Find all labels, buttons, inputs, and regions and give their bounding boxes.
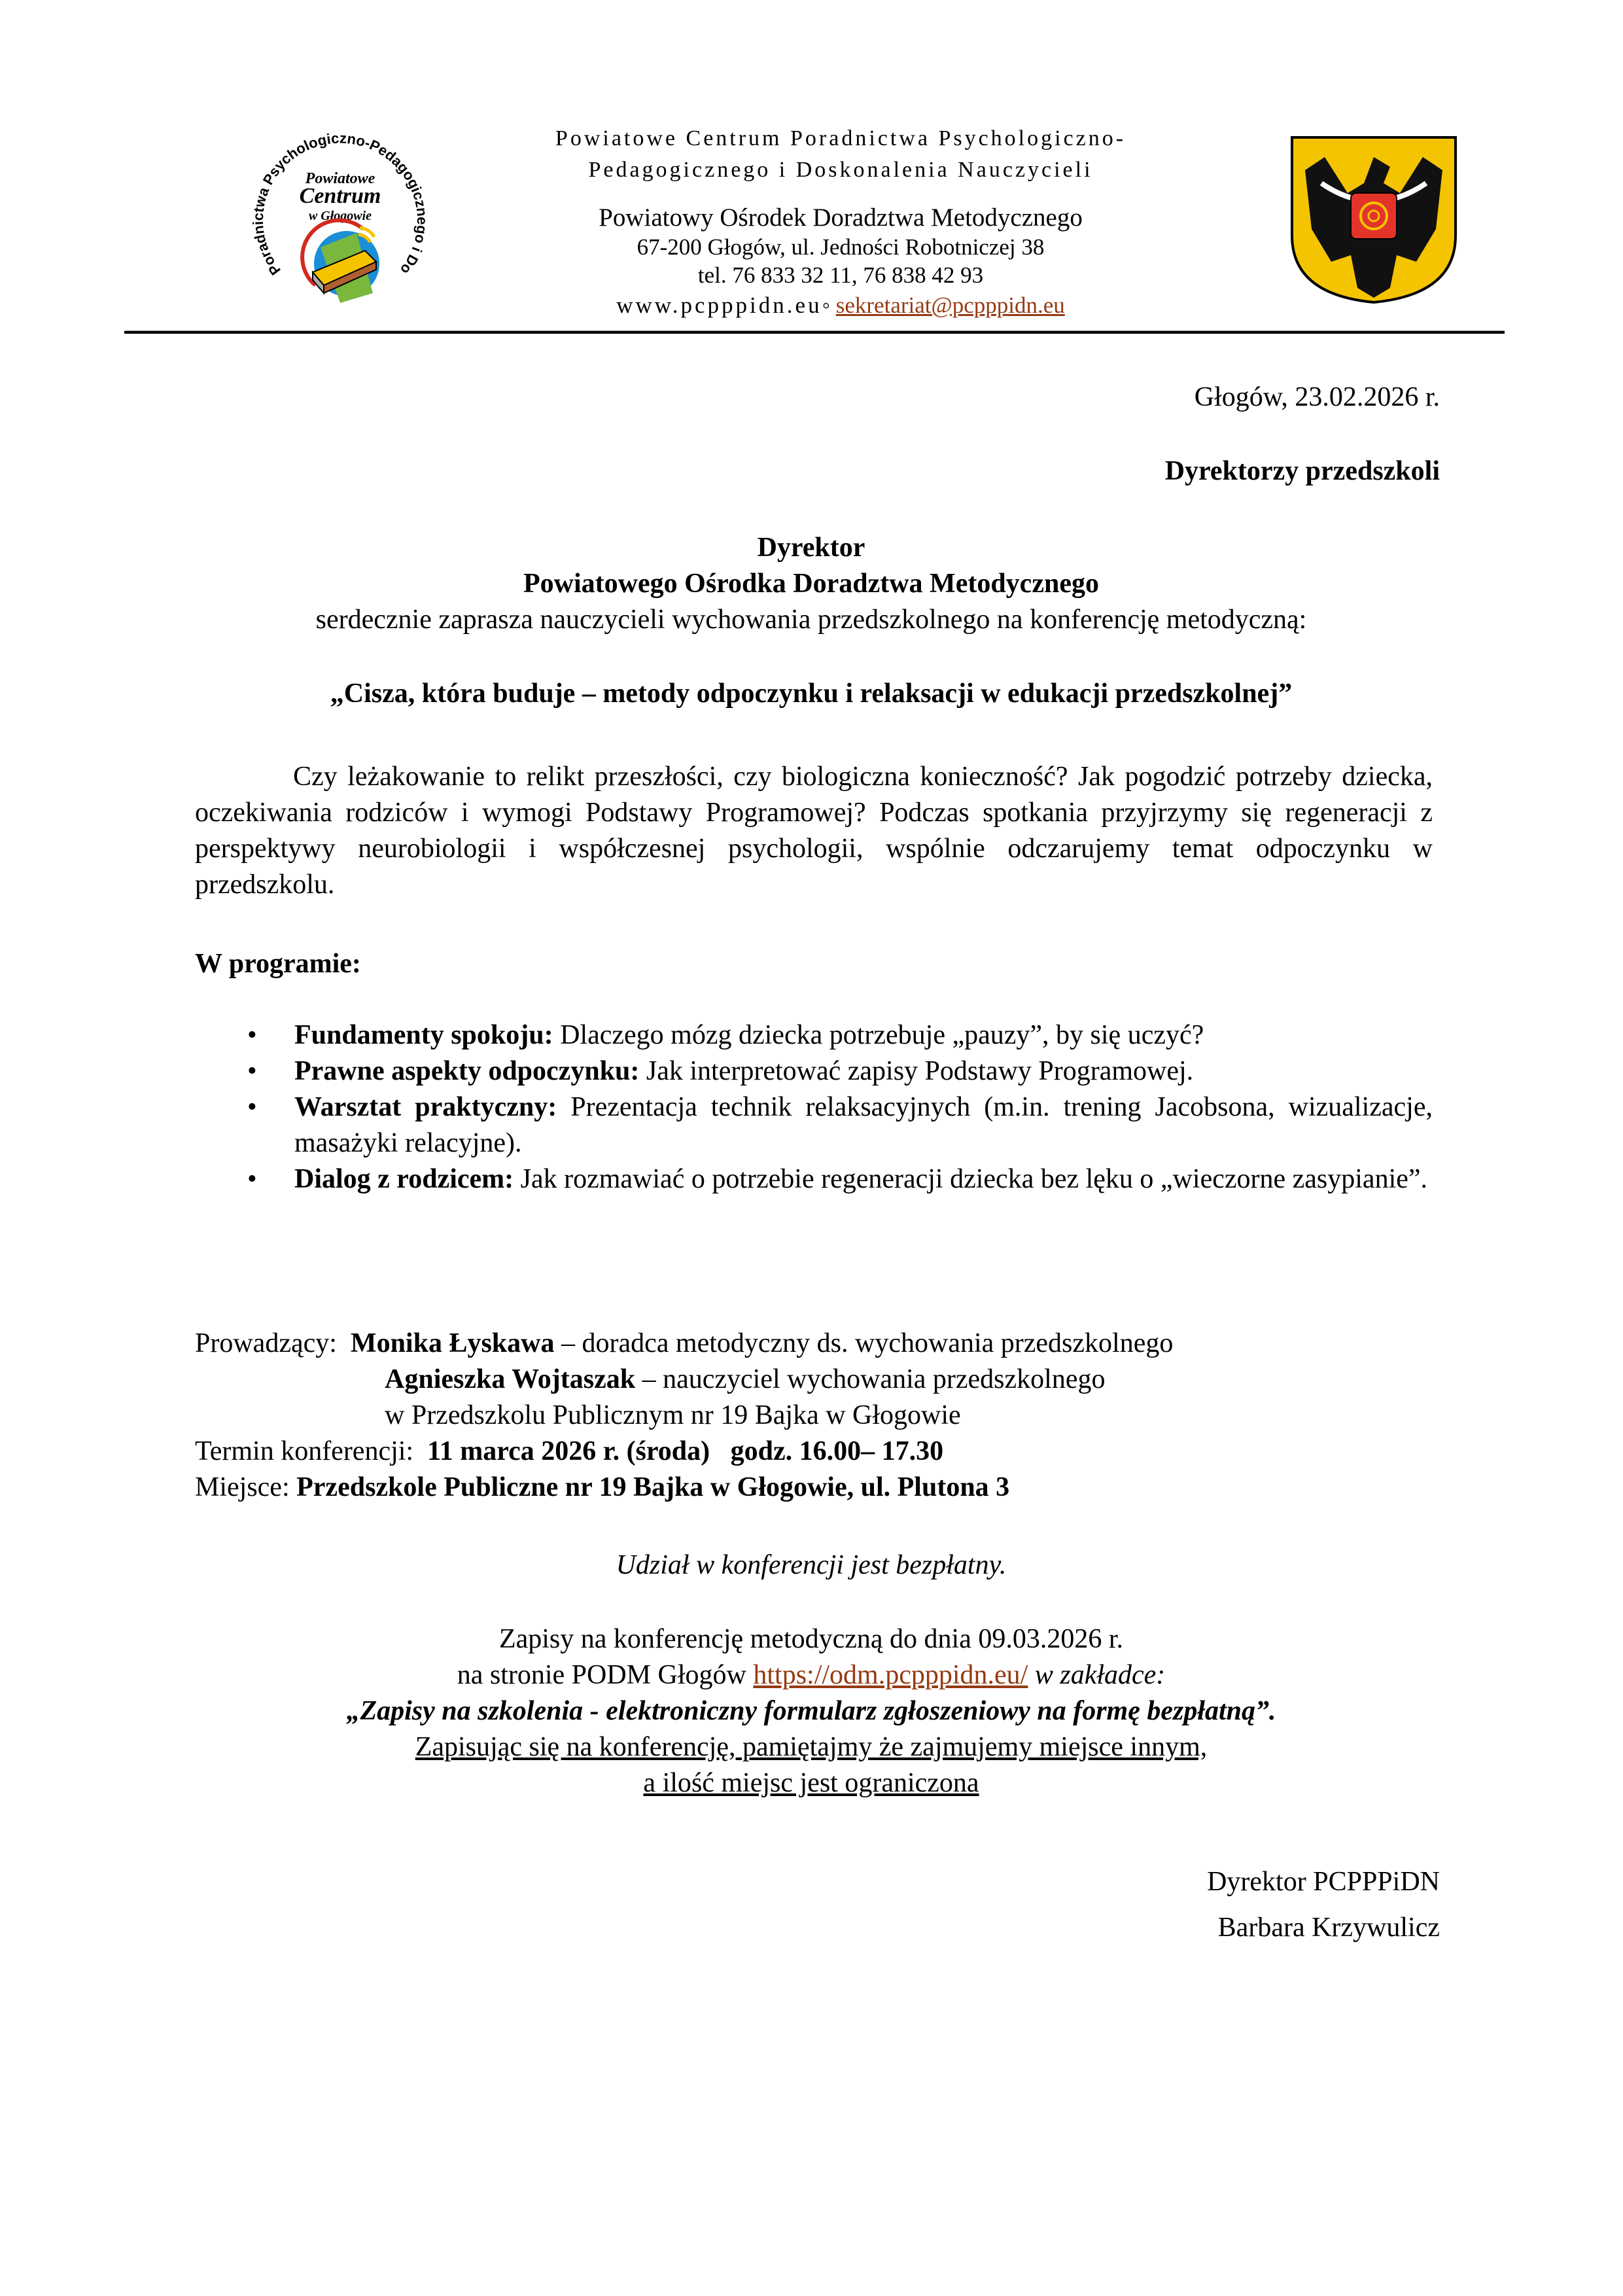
program-item-title: Dialog z rodzicem: (294, 1164, 514, 1194)
header-office-name: Powiatowy Ośrodek Doradztwa Metodycznego (497, 203, 1184, 233)
reminder-line-1: Zapisując się na konferencję, pamiętajmy… (190, 1731, 1433, 1763)
host-line-2: Agnieszka Wojtaszak – nauczyciel wychowa… (385, 1363, 1105, 1396)
header-divider (124, 330, 1505, 334)
program-item-title: Fundamenty spokoju: (294, 1020, 553, 1050)
host-name: Monika Łyskawa (351, 1328, 555, 1358)
invitation-text: serdecznie zaprasza nauczycieli wychowan… (190, 603, 1433, 636)
date-label: Termin konferencji: (195, 1436, 413, 1466)
header-address: 67-200 Głogów, ul. Jedności Robotniczej … (497, 234, 1184, 261)
eagle-crest-icon (1285, 131, 1462, 308)
signature-title: Dyrektor PCPPPiDN (1207, 1862, 1440, 1902)
recipient: Dyrektorzy przedszkoli (1165, 455, 1440, 487)
header-phone: tel. 76 833 32 11, 76 838 42 93 (497, 262, 1184, 289)
place-label: Miejsce: (195, 1472, 290, 1502)
signature-name: Barbara Krzywulicz (1218, 1907, 1440, 1948)
bullet-icon: • (247, 1053, 257, 1089)
sender-office: Powiatowego Ośrodka Doradztwa Metodyczne… (190, 567, 1433, 600)
program-item-text: Jak rozmawiać o potrzebie regeneracji dz… (514, 1164, 1427, 1194)
center-logo-icon: Poradnictwa Psychologiczno-Pedagogiczneg… (242, 116, 438, 313)
coat-of-arms (1285, 131, 1462, 308)
bullet-icon: • (247, 1161, 257, 1197)
signup-site-line: na stronie PODM Głogów https://odm.pcppp… (190, 1659, 1433, 1691)
program-item: •Dialog z rodzicem: Jak rozmawiać o potr… (195, 1161, 1433, 1197)
header-separator: ◦ (822, 292, 836, 318)
program-item: •Warsztat praktyczny: Prezentacja techni… (195, 1089, 1433, 1161)
conference-title: „Cisza, która buduje – metody odpoczynku… (190, 677, 1433, 710)
signup-prefix: na stronie PODM Głogów (457, 1660, 754, 1690)
header-email-link[interactable]: sekretariat@pcpppidn.eu (836, 292, 1065, 318)
intro-paragraph: Czy leżakowanie to relikt przeszłości, c… (195, 759, 1433, 903)
program-item-title: Prawne aspekty odpoczynku: (294, 1056, 639, 1086)
program-heading: W programie: (195, 947, 361, 980)
header-org-line2: Pedagogicznego i Doskonalenia Nauczyciel… (497, 154, 1184, 186)
place-line: Miejsce: Przedszkole Publiczne nr 19 Baj… (195, 1471, 1009, 1504)
hosts-label: Prowadzący: (195, 1328, 337, 1358)
program-item: •Fundamenty spokoju: Dlaczego mózg dziec… (195, 1017, 1433, 1053)
host-name: Agnieszka Wojtaszak (385, 1364, 635, 1394)
signup-tab-name: „Zapisy na szkolenia - elektroniczny for… (190, 1695, 1433, 1727)
host-affiliation: w Przedszkolu Publicznym nr 19 Bajka w G… (385, 1399, 961, 1432)
program-item-title: Warsztat praktyczny: (294, 1092, 557, 1122)
program-list: •Fundamenty spokoju: Dlaczego mózg dziec… (195, 1017, 1433, 1197)
bullet-icon: • (247, 1089, 257, 1125)
program-item: •Prawne aspekty odpoczynku: Jak interpre… (195, 1053, 1433, 1089)
place-value: Przedszkole Publiczne nr 19 Bajka w Głog… (296, 1472, 1009, 1502)
date-line: Termin konferencji: 11 marca 2026 r. (śr… (195, 1435, 943, 1468)
host-role: – doradca metodyczny ds. wychowania prze… (555, 1328, 1174, 1358)
header-org-name: Powiatowe Centrum Poradnictwa Psychologi… (497, 123, 1184, 186)
reminder-line-2: a ilość miejsc jest ograniczona (190, 1767, 1433, 1799)
place-date: Głogów, 23.02.2026 r. (1195, 381, 1440, 414)
bullet-icon: • (247, 1017, 257, 1053)
host-role: – nauczyciel wychowania przedszkolnego (635, 1364, 1105, 1394)
host-line-1: Prowadzący: Monika Łyskawa – doradca met… (195, 1327, 1173, 1360)
signup-suffix: w zakładce: (1028, 1660, 1165, 1690)
program-item-text: Dlaczego mózg dziecka potrzebuje „pauzy”… (553, 1020, 1204, 1050)
sender-title: Dyrektor (190, 531, 1433, 564)
signup-deadline: Zapisy na konferencję metodyczną do dnia… (190, 1623, 1433, 1655)
time-value: godz. 16.00– 17.30 (731, 1436, 944, 1466)
header-website[interactable]: www.pcpppidn.eu (616, 292, 822, 318)
center-logo: Poradnictwa Psychologiczno-Pedagogiczneg… (242, 116, 438, 313)
header-contact: www.pcpppidn.eu◦ sekretariat@pcpppidn.eu (497, 292, 1184, 319)
date-value: 11 marca 2026 r. (środa) (427, 1436, 710, 1466)
logo-line2: Centrum (300, 184, 381, 208)
header-org-line1: Powiatowe Centrum Poradnictwa Psychologi… (497, 123, 1184, 154)
signup-url-link[interactable]: https://odm.pcpppidn.eu/ (753, 1660, 1028, 1690)
program-item-text: Jak interpretować zapisy Podstawy Progra… (639, 1056, 1193, 1086)
free-note: Udział w konferencji jest bezpłatny. (190, 1549, 1433, 1581)
